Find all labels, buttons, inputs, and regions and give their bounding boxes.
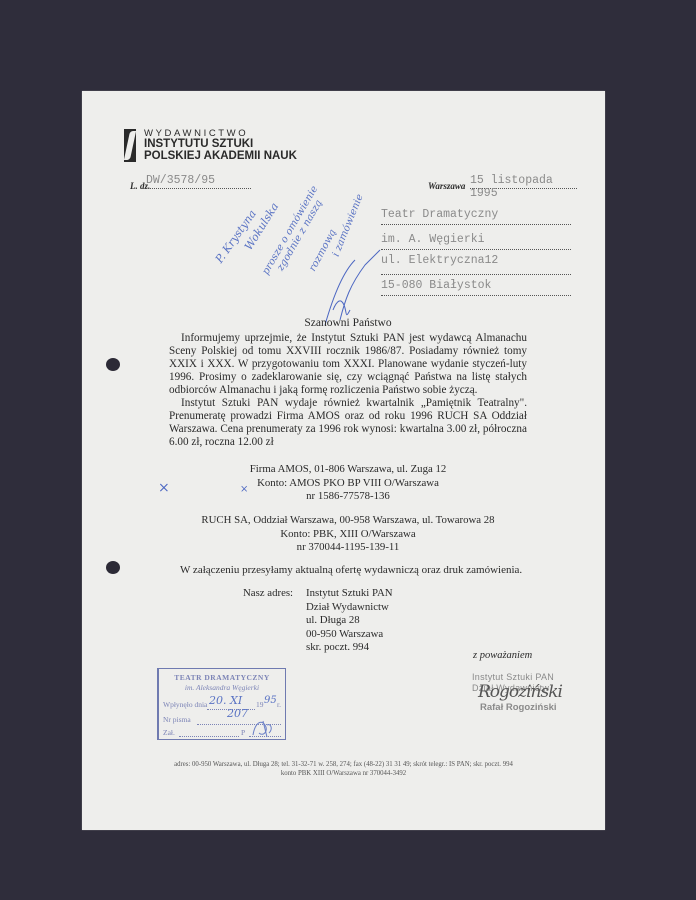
handwritten-note: P. Krystyna Wokulska prosze o omówienie …: [195, 160, 385, 320]
is-monogram-icon: [124, 129, 136, 162]
our-address: Instytut Sztuki PAN Dział Wydawnictw ul.…: [306, 587, 393, 655]
body-paragraph: Instytut Sztuki PAN wydaje również kwart…: [169, 397, 527, 449]
salutation: Szanowni Państwo: [0, 317, 696, 329]
recipient-line: 15-080 Białystok: [381, 279, 571, 296]
our-address-line: Instytut Sztuki PAN: [306, 587, 393, 601]
punch-hole: [106, 561, 120, 574]
letterhead-line2: INSTYTUTU SZTUKI: [144, 138, 253, 150]
number-label: Nr pisma: [163, 715, 191, 724]
ruch-line: nr 370044-1195-139-11: [169, 541, 527, 555]
margin-mark: ×: [158, 480, 170, 496]
our-address-line: 00-950 Warszawa: [306, 628, 393, 642]
received-date: 20. XI: [209, 694, 242, 707]
place-label: Warszawa: [428, 181, 465, 191]
letter-body: Informujemy uprzejmie, że Instytut Sztuk…: [169, 332, 527, 449]
year-suffix: r.: [277, 700, 281, 709]
amos-line: nr 1586-77578-136: [169, 490, 527, 504]
our-address-line: skr. poczt. 994: [306, 641, 393, 655]
amos-payment-block: Firma AMOS, 01-806 Warszawa, ul. Zuga 12…: [169, 463, 527, 504]
signatory-name: Rafał Rogoziński: [480, 702, 557, 713]
year-prefix: 19: [256, 700, 264, 709]
attachments-label: Zał.: [163, 728, 175, 737]
our-address-label: Nasz adres:: [243, 587, 293, 599]
footer-line: adres: 00-950 Warszawa, ul. Długa 28; te…: [82, 760, 605, 769]
closing-regards: z poważaniem: [473, 650, 532, 661]
body-paragraph: Informujemy uprzejmie, że Instytut Sztuk…: [169, 332, 527, 397]
date-value: 15 listopada 1995: [470, 174, 577, 189]
recipient-line: im. A. Węgierki: [381, 233, 571, 250]
p-label: P: [241, 728, 245, 737]
letter-number: 207: [227, 707, 248, 720]
stamp-title: TEATR DRAMATYCZNY: [159, 673, 285, 682]
amos-line: Firma AMOS, 01-806 Warszawa, ul. Zuga 12: [169, 463, 527, 477]
ruch-payment-block: RUCH SA, Oddział Warszawa, 00-958 Warsza…: [169, 514, 527, 555]
attachment-note: W załączeniu przesyłamy aktualną ofertę …: [180, 564, 522, 576]
stamp-subtitle: im. Aleksandra Węgierki: [159, 683, 285, 692]
initials-scribble-icon: [249, 717, 275, 739]
our-address-line: ul. Długa 28: [306, 614, 393, 628]
pen-scribble-icon: [195, 160, 385, 330]
reception-stamp: TEATR DRAMATYCZNY im. Aleksandra Węgierk…: [157, 668, 286, 740]
received-label: Wpłynęło dnia: [163, 700, 207, 709]
year-value: 95: [264, 695, 277, 706]
recipient-line: Teatr Dramatyczny: [381, 208, 571, 225]
ruch-line: RUCH SA, Oddział Warszawa, 00-958 Warsza…: [169, 514, 527, 528]
amos-line: Konto: AMOS PKO BP VIII O/Warszawa: [169, 477, 527, 491]
signature: Rogoziński: [478, 682, 562, 702]
footer-line: konto PBK XIII O/Warszawa nr 370044-3492: [82, 769, 605, 778]
our-address-line: Dział Wydawnictw: [306, 601, 393, 615]
ruch-line: Konto: PBK, XIII O/Warszawa: [169, 528, 527, 542]
recipient-line: [381, 258, 571, 275]
letterhead-footer: adres: 00-950 Warszawa, ul. Długa 28; te…: [82, 760, 605, 778]
punch-hole: [106, 358, 120, 371]
